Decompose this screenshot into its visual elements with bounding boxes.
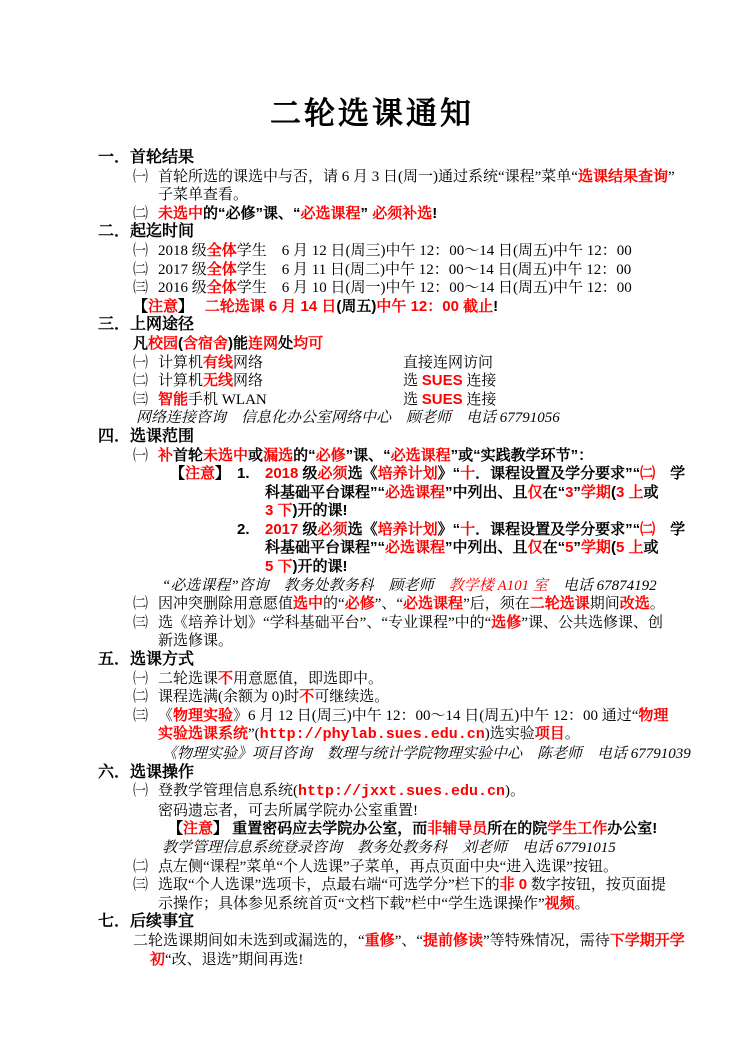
text-line: ㈠补首轮未选中或漏选的“必修”课、“必选课程”或“实践教学环节”： [98,447,704,466]
text-run: 【 [168,820,183,837]
section-heading: 六．选课操作 [98,764,704,783]
text-run: 在“ [543,484,566,501]
text-run: 的“ [293,447,316,464]
text-line: ㈡计算机无线网络选 SUES 连接 [98,372,704,391]
list-marker: ㈡ [133,261,148,280]
text-run: 】 [215,465,230,482]
text-run: 手机 WLAN [188,392,267,408]
list-marker: ㈡ [133,858,148,877]
text-run: 《 [158,708,173,724]
section-6: 六．选课操作㈠登教学管理信息系统(http://jxxt.sues.edu.cn… [98,764,704,914]
text-run: 网络连接咨询 信息化办公室网络中心 顾老师 电话 67791056 [136,410,560,426]
text-run: 学生 6 月 12 日(周三)中午 12：00～14 日(周五)中午 12：00 [237,243,632,259]
text-run: 选《培养计划》“学科基础平台”、“专业课程”中的“ [158,615,491,631]
text-run: ㈡ [640,521,655,538]
text-run: 】 [178,298,205,315]
text-run: 学期 [581,484,611,501]
text-run: 3 下 [265,502,293,519]
text-run: 全体 [207,279,237,296]
text-run: ! [432,205,437,222]
text-line: ㈢选《培养计划》“学科基础平台”、“专业课程”中的“选修”课、公共选修课、创 [98,614,704,633]
text-run: 二轮选课期间如未选到或漏选的，“ [133,933,365,949]
list-marker: ㈢ [133,876,148,895]
text-run: 必选课程 [385,539,445,556]
list-number: 2. [237,521,250,540]
text-line: 【注意】 二轮选课 6 月 14 日(周五)中午 12：00 截止! [98,298,704,317]
section-heading: 五．选课方式 [98,651,704,670]
column-left: 计算机有线网络 [158,354,403,373]
text-run: 均可 [293,335,323,352]
text-run: 选修 [491,614,521,631]
text-run: ”、“ [395,933,423,949]
section-3: 三．上网途径凡校园(含宿舍)能连网处均可㈠计算机有线网络直接连网访问㈡计算机无线… [98,316,704,428]
text-run: 非 0 [500,876,528,893]
text-run: 《物理实验》项目咨询 数理与统计学院物理实验中心 陈老师 电话 67791039 [162,746,691,762]
text-line: 2.2017 级必须选《培养计划》“十．课程设置及学分要求”“㈡ 学 [98,521,704,540]
text-run: 全体 [207,242,237,259]
section-4: 四．选课范围㈠补首轮未选中或漏选的“必修”课、“必选课程”或“实践教学环节”：【… [98,428,704,651]
text-run: SUES [422,391,463,408]
text-line: ㈡点左侧“课程”菜单“个人选课”子菜单，再点页面中央“进入选课”按钮。 [98,858,704,877]
text-run: 二轮选课 6 月 14 日 [205,298,337,315]
list-marker: ㈢ [133,614,148,633]
text-run: 期间 [590,596,620,612]
text-run: “必选课程”咨询 教务处教务科 顾老师 [162,578,449,594]
text-run: 必选课程 [391,447,451,464]
section-2: 二．起迄时间㈠2018 级全体学生 6 月 12 日(周三)中午 12：00～1… [98,223,704,316]
text-run: 二轮选课 [530,595,590,612]
text-run: ”课、公共选修课、创 [521,615,663,631]
text-run: 首轮 [173,447,203,464]
text-run: 网络 [233,373,263,389]
list-marker: ㈠ [133,242,148,261]
text-line: ㈢选取“个人选课”选项卡，点最右端“可选学分”栏下的非 0 数字按钮，按页面提 [98,876,704,895]
list-marker: ㈡ [133,595,148,614]
text-run: 选中 [293,595,323,612]
text-line: ㈢智能手机 WLAN选 SUES 连接 [98,391,704,410]
text-run: 必修 [345,595,375,612]
text-line: 科基础平台课程”“必选课程”中列出、且仅在“3”学期(3 上或 [98,484,704,503]
text-run: ㈡ [640,465,655,482]
text-line: ㈡因冲突删除用意愿值选中的“必修”、“必选课程”后，须在二轮选课期间改选。 [98,595,704,614]
text-run: 》“ [438,521,461,538]
text-run: 提前修读 [423,932,483,949]
text-run: 或 [248,447,263,464]
list-marker: ㈠ [133,782,148,801]
text-run: 学 [655,521,685,538]
text-run: 必须 [318,521,348,538]
notice-label: 【注意】 [170,465,230,484]
url-link[interactable]: http://jxxt.sues.edu.cn [298,783,505,800]
text-run: 仅 [528,539,543,556]
text-run: 》6 月 12 日(周三)中午 12：00～14 日(周五)中午 12：00 通… [233,708,638,724]
text-run: 学生 6 月 10 日(周一)中午 12：00～14 日(周五)中午 12：00 [237,280,632,296]
text-run: ”中列出、且 [445,484,528,501]
text-run: 【 [170,465,185,482]
text-run: 学生 6 月 11 日(周二)中午 12：00～14 日(周五)中午 12：00 [237,262,631,278]
text-run: 必选课程 [385,484,445,501]
text-run: 二轮选课 [158,671,218,687]
section-heading: 二．起迄时间 [98,223,704,242]
text-run: 培养计划 [378,521,438,538]
document-page: 二轮选课通知 一．首轮结果㈠首轮所选的课选中与否，请 6 月 3 日(周一)通过… [0,0,744,1052]
text-run: 网络 [233,355,263,371]
text-run: 注意 [148,298,178,315]
text-run: 教学楼 A101 室 [449,578,548,594]
text-run: 登教学管理信息系统( [158,783,298,799]
text-run: ”、“ [375,596,403,612]
text-run: 的“必修”课、“ [203,205,301,222]
text-run: 中午 12：00 截止 [376,298,493,315]
text-run: 实验选课系统 [158,725,248,742]
text-run: 直接连网访问 [403,355,493,371]
text-run: 十 [460,521,475,538]
text-run: 初 [150,951,165,968]
text-run: 智能 [158,391,188,408]
list-marker: ㈢ [133,279,148,298]
text-line: 科基础平台课程”“必选课程”中列出、且仅在“5”学期(5 上或 [98,539,704,558]
text-run: 改选 [620,595,650,612]
text-line: 5 下)开的课! [98,558,704,577]
text-run: 密码遗忘者，可去所属学院办公室重置! [158,803,418,819]
list-marker: ㈡ [133,688,148,707]
text-run: 的“ [323,596,345,612]
text-run: 子菜单查看。 [158,187,248,203]
text-run: 必须 [318,465,348,482]
text-line: ㈠首轮所选的课选中与否，请 6 月 3 日(周一)通过系统“课程”菜单“选课结果… [98,168,704,187]
text-run: 】 重置密码应去学院办公室，而 [213,820,427,837]
text-run: 注意 [185,465,215,482]
text-run: 或 [643,484,658,501]
section-heading: 七．后续事宜 [98,913,704,932]
text-line: 网络连接咨询 信息化办公室网络中心 顾老师 电话 67791056 [98,409,704,428]
text-run: 3 上 [616,484,644,501]
section-1: 一．首轮结果㈠首轮所选的课选中与否，请 6 月 3 日(周一)通过系统“课程”菜… [98,149,704,223]
text-run: 必修 [316,447,346,464]
list-marker: ㈠ [133,670,148,689]
text-run: 不 [218,670,233,687]
text-run: 漏选 [263,447,293,464]
text-run: 校园 [148,335,178,352]
text-line: 【注意】1.2018 级必须选《培养计划》“十．课程设置及学分要求”“㈡ 学 [98,465,704,484]
text-run: ”或“实践教学环节”： [451,447,594,464]
text-run: 选《 [348,465,378,482]
text-run: 新选修课。 [158,633,233,649]
text-run: 学期 [581,539,611,556]
list-marker: ㈢ [133,707,148,726]
text-line: 实验选课系统”(http://phylab.sues.edu.cn)选实验项目。 [98,725,704,745]
text-run: “改、退选”期间再选! [165,952,303,968]
text-run: ．课程设置及学分要求”“ [475,465,640,482]
text-run: 首轮所选的课选中与否，请 6 月 3 日(周一)通过系统“课程”菜单“ [158,169,578,185]
text-run: 补 [158,447,173,464]
text-run: 有线 [203,354,233,371]
text-run: 2018 [265,465,298,482]
text-run: 培养计划 [378,465,438,482]
list-marker: ㈡ [133,372,148,391]
text-run: ”( [248,726,260,742]
text-run: ”后，须在 [463,596,530,612]
text-run: 示操作；具体参见系统首页“文档下载”栏中“学生选课操作” [158,896,545,912]
text-run: 仅 [528,484,543,501]
text-run: 教学管理信息系统登录咨询 教务处教务科 刘老师 电话 67791015 [162,840,616,856]
text-run: )开的课! [293,558,348,575]
url-link[interactable]: http://phylab.sues.edu.cn [260,726,485,743]
text-run: 课程选满(余额为 0)时 [158,689,299,705]
text-run: 无线 [203,372,233,389]
text-line: ㈠计算机有线网络直接连网访问 [98,354,704,373]
text-run: 计算机 [158,373,203,389]
text-run: )。 [505,783,525,799]
text-run: 因冲突删除用意愿值 [158,596,293,612]
text-run: 级 [298,465,317,482]
text-line: 凡校园(含宿舍)能连网处均可 [98,335,704,354]
text-line: ㈡2017 级全体学生 6 月 11 日(周二)中午 12：00～14 日(周五… [98,261,704,280]
text-run: 学生工作 [547,820,607,837]
text-line: “必选课程”咨询 教务处教务科 顾老师 教学楼 A101 室 电话 678741… [98,577,704,596]
text-run: 在“ [543,539,566,556]
text-run: 连接 [463,373,497,389]
text-run: 选 [403,392,422,408]
text-run: 物理实验 [173,707,233,724]
text-line: 密码遗忘者，可去所属学院办公室重置! [98,802,704,821]
text-line: 3 下)开的课! [98,502,704,521]
text-run: 办公室! [607,820,657,837]
section-heading: 四．选课范围 [98,428,704,447]
text-run: 必须补选 [372,205,432,222]
column-left: 计算机无线网络 [158,372,403,391]
text-run: 连接 [463,392,497,408]
text-run: 必选课程 [301,205,361,222]
text-run: ”课、“ [346,447,391,464]
list-marker: ㈠ [133,447,148,466]
text-line: 二轮选课期间如未选到或漏选的，“重修”、“提前修读”等特殊情况，需待下学期开学 [98,932,704,951]
text-run: (周五) [336,298,376,315]
text-line: 《物理实验》项目咨询 数理与统计学院物理实验中心 陈老师 电话 67791039 [98,745,704,764]
text-line: 【注意】 重置密码应去学院办公室，而非辅导员所在的院学生工作办公室! [98,820,704,839]
text-run: ! [493,298,498,315]
text-run: ．课程设置及学分要求”“ [475,521,640,538]
text-run: 连网 [248,335,278,352]
text-run: 选课结果查询 [578,168,668,185]
text-run: 2017 级 [158,262,207,278]
text-run: ”中列出、且 [445,539,528,556]
text-run: 用意愿值，即选即中。 [233,671,383,687]
text-run: 可继续选。 [314,689,389,705]
text-run: ” [573,484,581,501]
text-line: ㈢2016 级全体学生 6 月 10 日(周一)中午 12：00～14 日(周五… [98,279,704,298]
text-run: 重修 [365,932,395,949]
text-run: 处 [278,335,293,352]
text-run: 。 [575,896,590,912]
text-line: 新选修课。 [98,632,704,651]
text-run: 注意 [183,820,213,837]
text-run: 。 [565,726,580,742]
text-run: ” [361,205,373,222]
text-line: ㈠登教学管理信息系统(http://jxxt.sues.edu.cn)。 [98,782,704,802]
text-run: 未选中 [203,447,248,464]
text-run: 十 [460,465,475,482]
list-marker: ㈡ [133,205,148,224]
section-heading: 三．上网途径 [98,316,704,335]
text-run: 电话 67874192 [548,578,657,594]
text-line: 初“改、退选”期间再选! [98,951,704,970]
list-marker: ㈢ [133,391,148,410]
text-run: 非辅导员 [427,820,487,837]
text-line: ㈠二轮选课不用意愿值，即选即中。 [98,670,704,689]
text-run: 视频 [545,895,575,912]
text-line: 子菜单查看。 [98,186,704,205]
document-title: 二轮选课通知 [0,0,744,133]
text-run: 必选课程 [403,595,463,612]
text-run: 。 [650,596,665,612]
text-run: SUES [422,372,463,389]
text-run: )选实验 [485,726,535,742]
list-marker: ㈠ [133,168,148,187]
text-run: 2017 [265,521,298,538]
text-run: 计算机 [158,355,203,371]
text-run: 不 [299,688,314,705]
text-run: 凡 [133,335,148,352]
text-run: 物理 [638,707,668,724]
text-line: ㈡课程选满(余额为 0)时不可继续选。 [98,688,704,707]
text-run: )能 [228,335,248,352]
section-heading: 一．首轮结果 [98,149,704,168]
text-run: ”等特殊情况，需待 [483,933,610,949]
text-run: ” [668,169,675,185]
text-run: 》“ [438,465,461,482]
text-run: 选取“个人选课”选项卡，点最右端“可选学分”栏下的 [158,877,500,893]
text-run: 科基础平台课程”“ [265,484,385,501]
text-run: 数字按钮，按页面提 [527,877,666,893]
text-line: 教学管理信息系统登录咨询 教务处教务科 刘老师 电话 67791015 [98,839,704,858]
column-left: 智能手机 WLAN [158,391,403,410]
text-run: 学 [655,465,685,482]
text-run: 【 [133,298,148,315]
document-body: 一．首轮结果㈠首轮所选的课选中与否，请 6 月 3 日(周一)通过系统“课程”菜… [98,149,704,969]
text-run: 5 下 [265,558,293,575]
text-run: 点左侧“课程”菜单“个人选课”子菜单，再点页面中央“进入选课”按钮。 [158,859,618,875]
text-run: 选 [403,373,422,389]
text-run: ” [573,539,581,556]
text-run: 选《 [348,521,378,538]
text-line: 示操作；具体参见系统首页“文档下载”栏中“学生选课操作”视频。 [98,895,704,914]
text-run: 科基础平台课程”“ [265,539,385,556]
text-run: 全体 [207,261,237,278]
text-run: 或 [643,539,658,556]
list-number: 1. [237,465,250,484]
text-run: 项目 [535,725,565,742]
text-line: ㈢《物理实验》6 月 12 日(周三)中午 12：00～14 日(周五)中午 1… [98,707,704,726]
section-5: 五．选课方式㈠二轮选课不用意愿值，即选即中。㈡课程选满(余额为 0)时不可继续选… [98,651,704,764]
text-run: )开的课! [293,502,348,519]
text-run: 下学期开学 [610,932,685,949]
text-run: 所在的院 [487,820,547,837]
text-line: ㈠2018 级全体学生 6 月 12 日(周三)中午 12：00～14 日(周五… [98,242,704,261]
text-run: 级 [298,521,317,538]
text-run: 5 上 [616,539,644,556]
text-run: 2016 级 [158,280,207,296]
section-7: 七．后续事宜二轮选课期间如未选到或漏选的，“重修”、“提前修读”等特殊情况，需待… [98,913,704,969]
text-line: ㈡未选中的“必修”课、“必选课程” 必须补选! [98,205,704,224]
text-run: 含宿舍 [183,335,228,352]
text-run: 未选中 [158,205,203,222]
list-marker: ㈠ [133,354,148,373]
text-run: 2018 级 [158,243,207,259]
